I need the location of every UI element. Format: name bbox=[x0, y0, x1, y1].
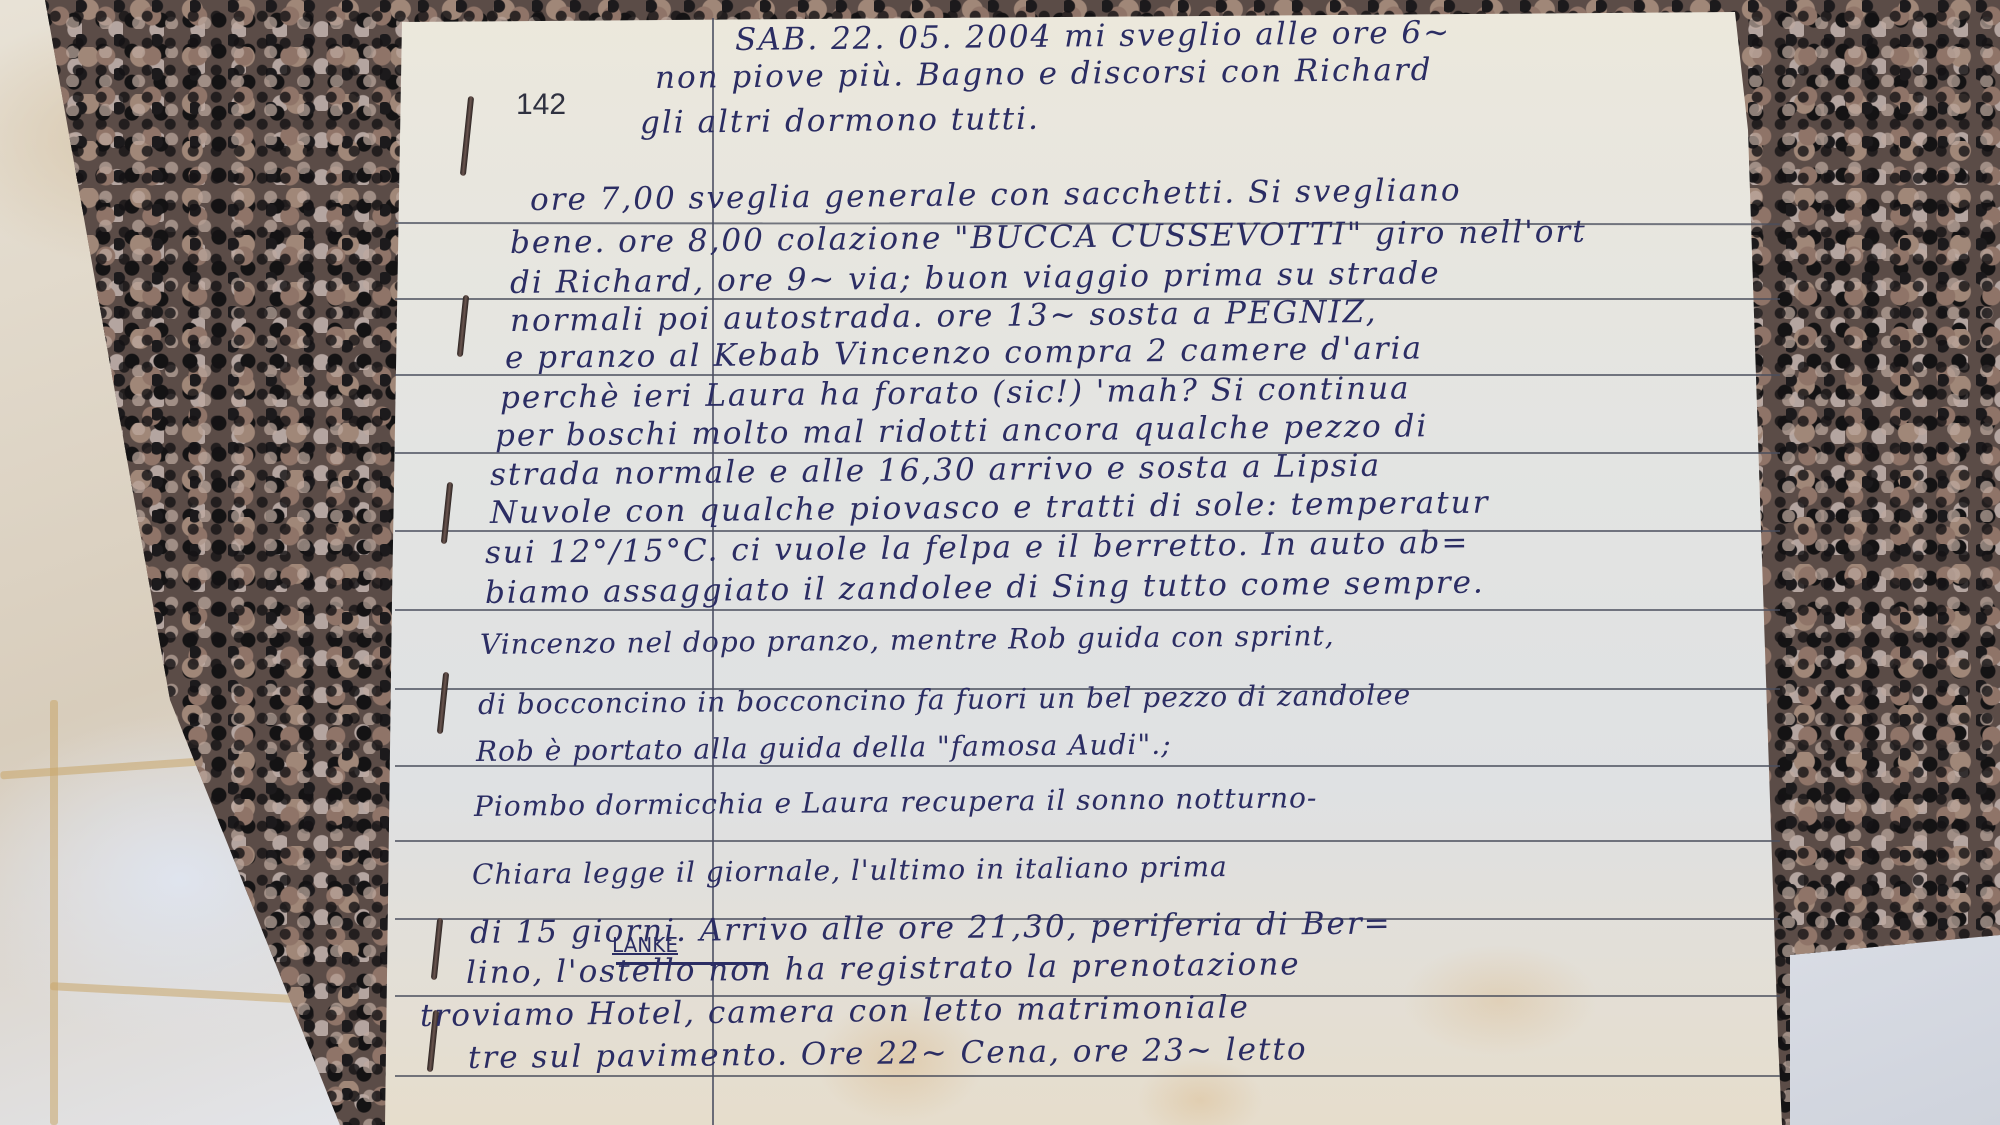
page-number: 142 bbox=[516, 88, 566, 122]
marble-vein bbox=[50, 700, 58, 1125]
ruled-line bbox=[395, 840, 1780, 842]
handwritten-line: gli altri dormono tutti. bbox=[640, 101, 1040, 141]
inserted-correction: LANKE bbox=[612, 933, 678, 957]
ruled-line bbox=[395, 1075, 1780, 1077]
handwritten-line: SAB. 22. 05. 2004 mi sveglio alle ore 6~ bbox=[735, 15, 1452, 58]
strikethrough-mark bbox=[616, 962, 766, 965]
